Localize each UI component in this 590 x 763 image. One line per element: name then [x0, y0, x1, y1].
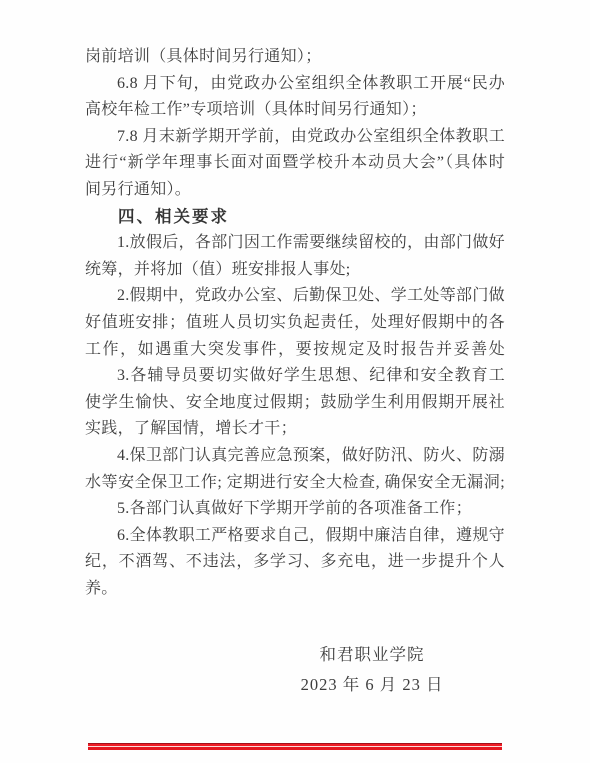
text-line: 好值班安排；值班人员切实负起责任，处理好假期中的各项: [85, 310, 505, 337]
section-heading: 四、相关要求: [85, 204, 505, 231]
text-line: 6.全体教职工严格要求自己，假期中廉洁自律，遵规守: [85, 523, 505, 550]
text-line: 5.各部门认真做好下学期开学前的各项准备工作；: [85, 496, 505, 523]
scanned-document-page: 岗前培训（具体时间另行通知）；6.8 月下旬，由党政办公室组织全体教职工开展“民…: [0, 0, 590, 763]
text-line: 纪，不酒驾、不违法，多学习、多充电，进一步提升个人修: [85, 549, 505, 576]
document-body: 岗前培训（具体时间另行通知）；6.8 月下旬，由党政办公室组织全体教职工开展“民…: [85, 44, 505, 602]
text-line: 使学生愉快、安全地度过假期；鼓励学生利用假期开展社会: [85, 390, 505, 417]
text-line: 水等安全保卫工作; 定期进行安全大检查, 确保安全无漏洞;: [85, 470, 505, 497]
text-line: 2.假期中，党政办公室、后勤保卫处、学工处等部门做: [85, 283, 505, 310]
text-line: 统筹，并将加（值）班安排报人事处;: [85, 257, 505, 284]
text-line: 工作，如遇重大突发事件，要按规定及时报告并妥善处置；: [85, 337, 505, 364]
text-line: 7.8 月末新学期开学前，由党政办公室组织全体教职工: [85, 124, 505, 151]
text-line: 间另行通知）。: [85, 177, 505, 204]
signature-date: 2023 年 6 月 23 日: [237, 670, 507, 700]
text-line: 岗前培训（具体时间另行通知）；: [85, 44, 505, 71]
signature-organization: 和君职业学院: [237, 640, 507, 670]
text-line: 1.放假后，各部门因工作需要继续留校的，由部门做好: [85, 230, 505, 257]
footer-red-rule: [88, 743, 502, 750]
text-line: 实践，了解国情，增长才干；: [85, 416, 505, 443]
text-line: 进行“新学年理事长面对面暨学校升本动员大会”（具体时: [85, 150, 505, 177]
text-line: 4.保卫部门认真完善应急预案，做好防汛、防火、防溺: [85, 443, 505, 470]
text-line: 6.8 月下旬，由党政办公室组织全体教职工开展“民办: [85, 71, 505, 98]
text-line: 3.各辅导员要切实做好学生思想、纪律和安全教育工作，: [85, 363, 505, 390]
text-line: 养。: [85, 576, 505, 603]
text-line: 高校年检工作”专项培训（具体时间另行通知）；: [85, 97, 505, 124]
signature-block: 和君职业学院 2023 年 6 月 23 日: [237, 640, 507, 700]
